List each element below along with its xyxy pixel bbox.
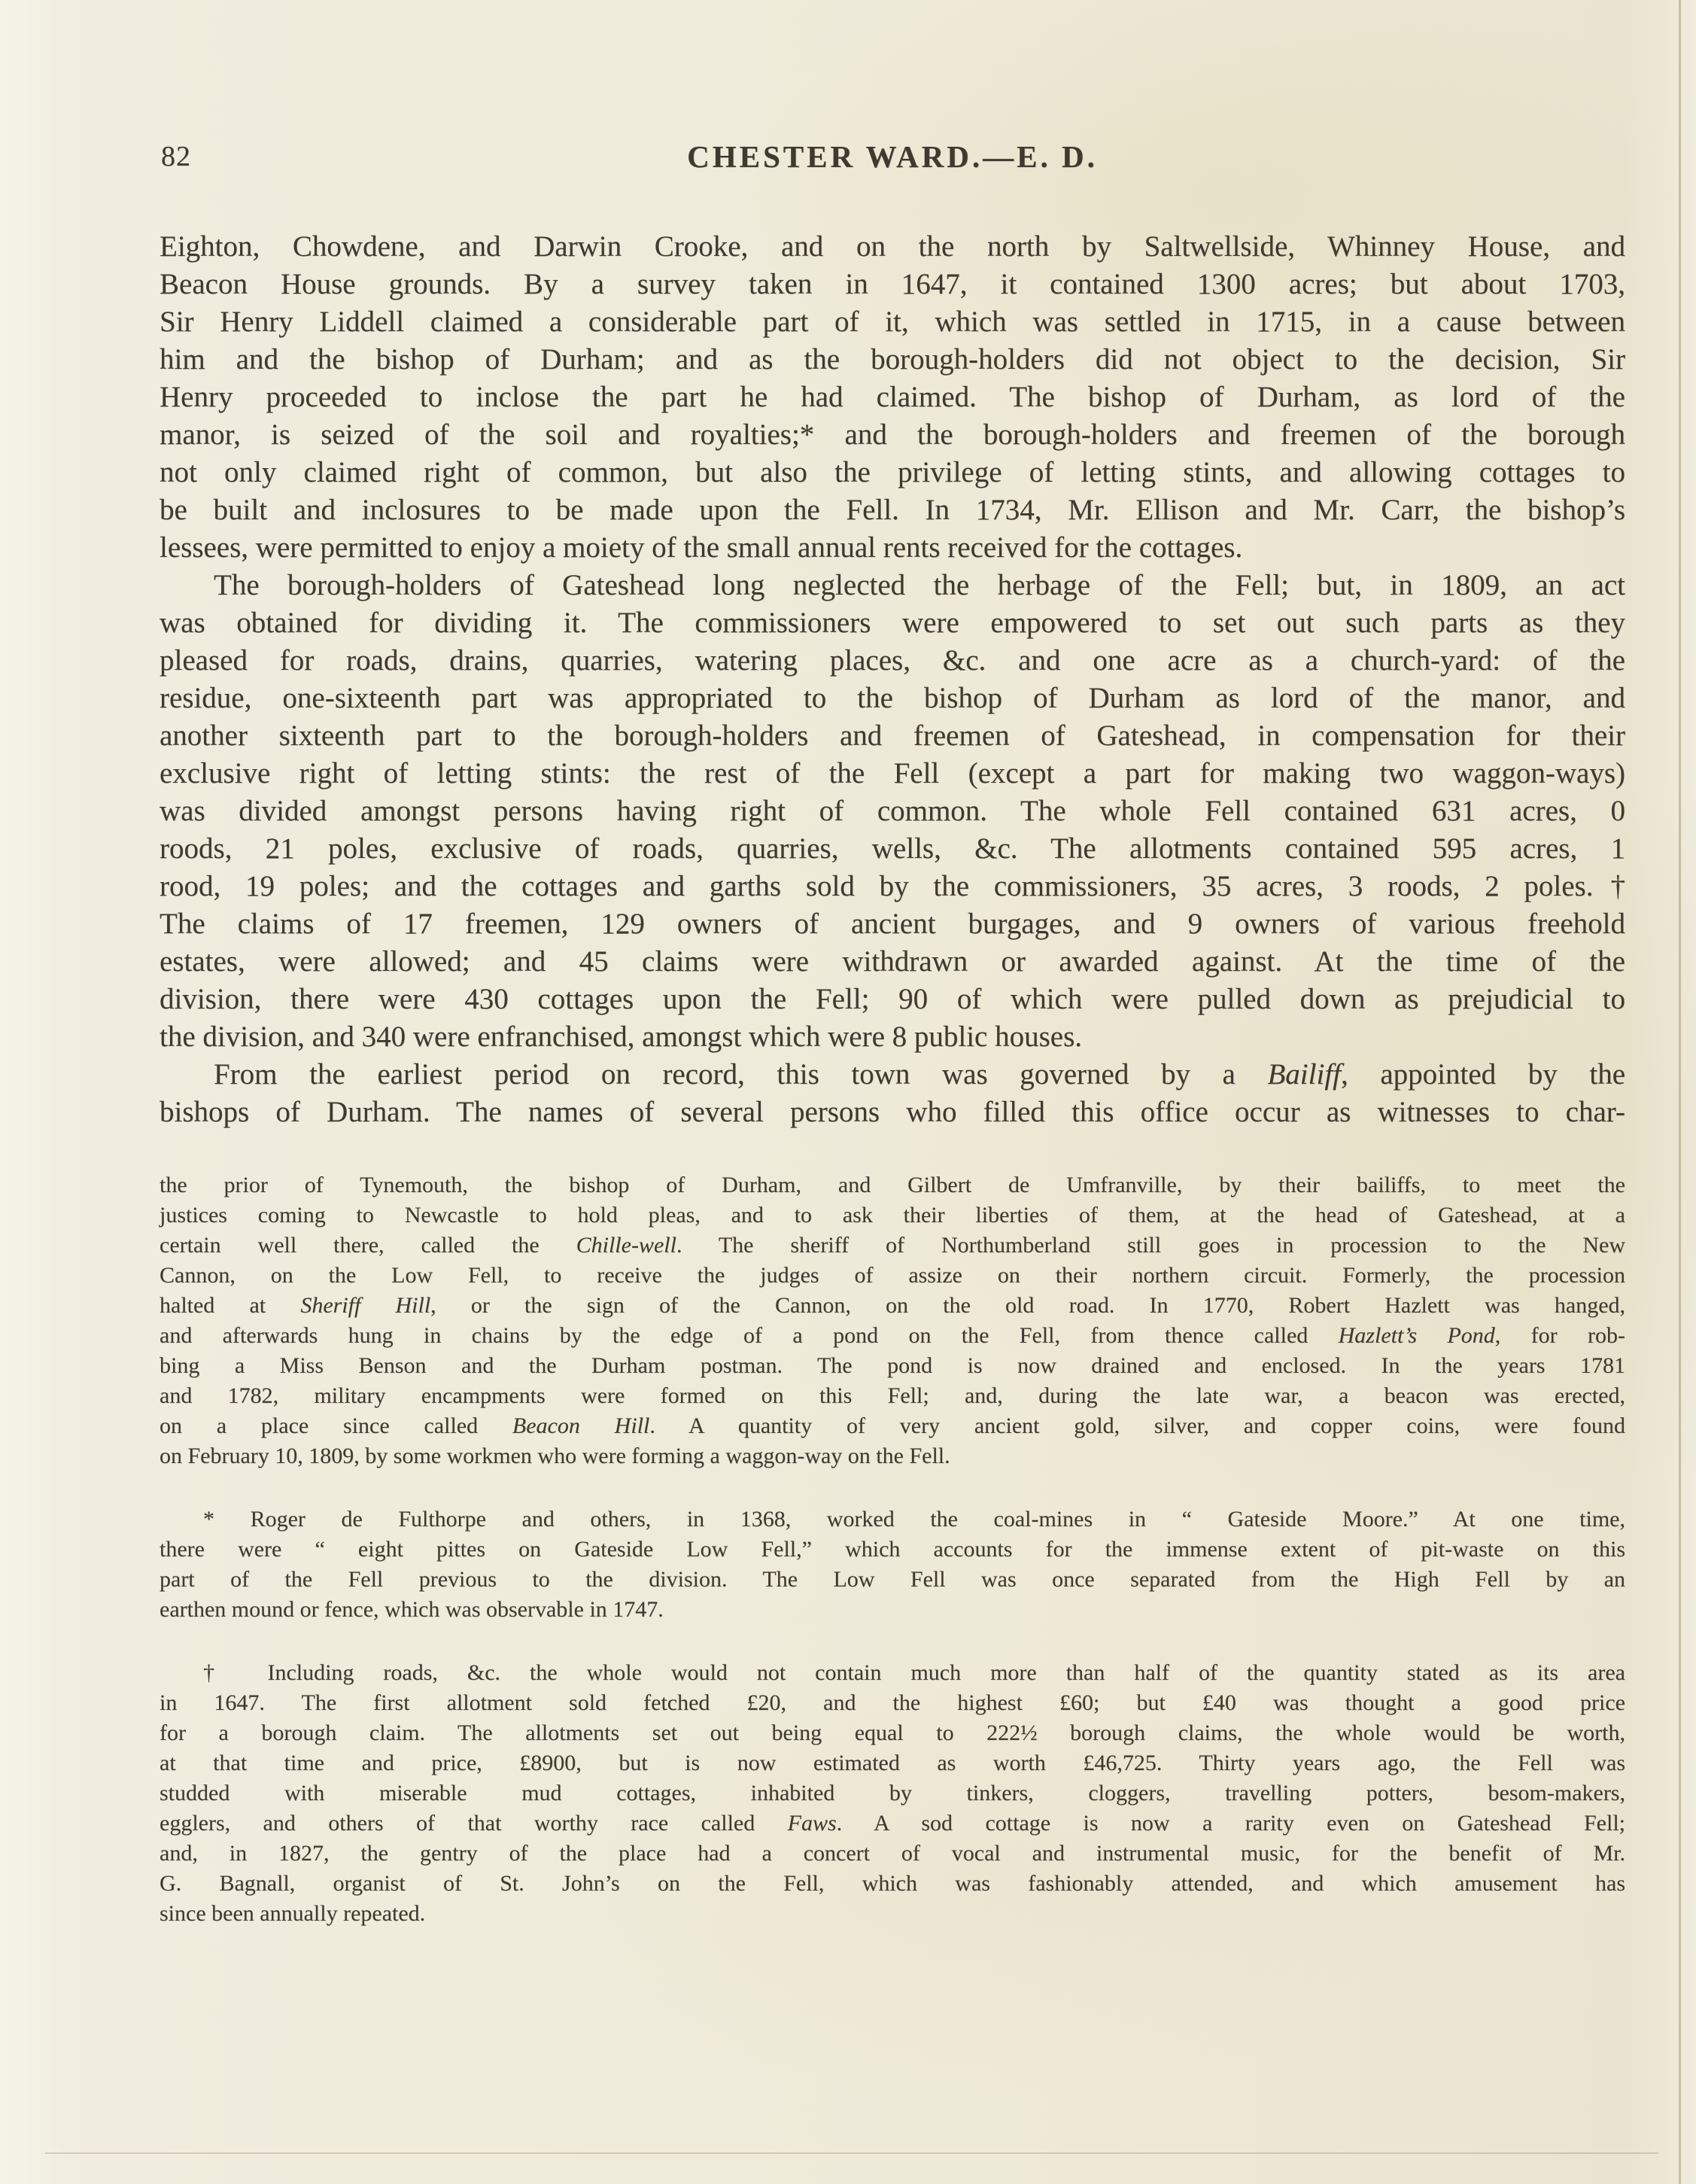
text-line: not only claimed right of common, but al… — [160, 454, 1625, 491]
text-line: pleased for roads, drains, quarries, wat… — [160, 642, 1625, 680]
text-line: From the earliest period on record, this… — [160, 1056, 1625, 1094]
text-line: Eighton, Chowdene, and Darwin Crooke, an… — [160, 228, 1625, 266]
text-line: at that time and price, £8900, but is no… — [160, 1748, 1625, 1778]
running-header: CHESTER WARD.—E. D. — [160, 138, 1625, 175]
page-header-row: 82 CHESTER WARD.—E. D. — [160, 0, 1625, 178]
text-line: * Roger de Fulthorpe and others, in 1368… — [160, 1504, 1625, 1535]
paragraph: From the earliest period on record, this… — [160, 1056, 1625, 1131]
text-line: residue, one-sixteenth part was appropri… — [160, 680, 1625, 717]
footnotes: the prior of Tynemouth, the bishop of Du… — [160, 1170, 1625, 1929]
text-line: halted at Sheriff Hill, or the sign of t… — [160, 1291, 1625, 1321]
paragraph: Eighton, Chowdene, and Darwin Crooke, an… — [160, 228, 1625, 567]
text-line: manor, is seized of the soil and royalti… — [160, 416, 1625, 454]
body-text: Eighton, Chowdene, and Darwin Crooke, an… — [160, 228, 1625, 1131]
text-line: justices coming to Newcastle to hold ple… — [160, 1200, 1625, 1230]
text-line: be built and inclosures to be made upon … — [160, 491, 1625, 529]
text-line: division, there were 430 cottages upon t… — [160, 981, 1625, 1018]
text-line: roods, 21 poles, exclusive of roads, qua… — [160, 830, 1625, 868]
text-line: † Including roads, &c. the whole would n… — [160, 1658, 1625, 1688]
text-line: since been annually repeated. — [160, 1899, 1625, 1929]
text-line: the prior of Tynemouth, the bishop of Du… — [160, 1170, 1625, 1200]
text-line: lessees, were permitted to enjoy a moiet… — [160, 529, 1625, 567]
text-line: Cannon, on the Low Fell, to receive the … — [160, 1261, 1625, 1291]
text-line: egglers, and others of that worthy race … — [160, 1808, 1625, 1839]
text-line: another sixteenth part to the borough-ho… — [160, 717, 1625, 755]
text-line: for a borough claim. The allotments set … — [160, 1718, 1625, 1748]
text-line: The borough-holders of Gateshead long ne… — [160, 567, 1625, 604]
text-line: rood, 19 poles; and the cottages and gar… — [160, 868, 1625, 905]
text-line: the division, and 340 were enfranchised,… — [160, 1018, 1625, 1056]
text-line: in 1647. The first allotment sold fetche… — [160, 1688, 1625, 1718]
paragraph: The borough-holders of Gateshead long ne… — [160, 567, 1625, 1056]
text-line: Beacon House grounds. By a survey taken … — [160, 266, 1625, 303]
text-line: G. Bagnall, organist of St. John’s on th… — [160, 1869, 1625, 1899]
text-line: there were “ eight pittes on Gateside Lo… — [160, 1535, 1625, 1565]
text-line: and afterwards hung in chains by the edg… — [160, 1321, 1625, 1351]
text-line: and 1782, military encampments were form… — [160, 1381, 1625, 1411]
text-line: studded with miserable mud cottages, inh… — [160, 1778, 1625, 1808]
page: 82 CHESTER WARD.—E. D. Eighton, Chowdene… — [0, 0, 1696, 2184]
text-line: exclusive right of letting stints: the r… — [160, 755, 1625, 792]
text-line: on February 10, 1809, by some workmen wh… — [160, 1441, 1625, 1471]
scan-right-edge — [1679, 0, 1681, 2184]
text-line: on a place since called Beacon Hill. A q… — [160, 1411, 1625, 1441]
page-number: 82 — [161, 138, 191, 175]
scan-bottom-edge — [45, 2152, 1658, 2154]
text-line: and, in 1827, the gentry of the place ha… — [160, 1839, 1625, 1869]
text-line: Henry proceeded to inclose the part he h… — [160, 379, 1625, 416]
footnote: † Including roads, &c. the whole would n… — [160, 1658, 1625, 1929]
footnote: the prior of Tynemouth, the bishop of Du… — [160, 1170, 1625, 1471]
text-line: earthen mound or fence, which was observ… — [160, 1595, 1625, 1625]
text-line: him and the bishop of Durham; and as the… — [160, 341, 1625, 379]
text-line: bing a Miss Benson and the Durham postma… — [160, 1351, 1625, 1381]
text-line: was obtained for dividing it. The commis… — [160, 604, 1625, 642]
footnote: * Roger de Fulthorpe and others, in 1368… — [160, 1504, 1625, 1625]
text-line: The claims of 17 freemen, 129 owners of … — [160, 905, 1625, 943]
text-line: Sir Henry Liddell claimed a considerable… — [160, 303, 1625, 341]
text-line: bishops of Durham. The names of several … — [160, 1094, 1625, 1131]
text-line: part of the Fell previous to the divisio… — [160, 1565, 1625, 1595]
text-line: certain well there, called the Chille-we… — [160, 1230, 1625, 1261]
text-line: estates, were allowed; and 45 claims wer… — [160, 943, 1625, 981]
text-line: was divided amongst persons having right… — [160, 792, 1625, 830]
